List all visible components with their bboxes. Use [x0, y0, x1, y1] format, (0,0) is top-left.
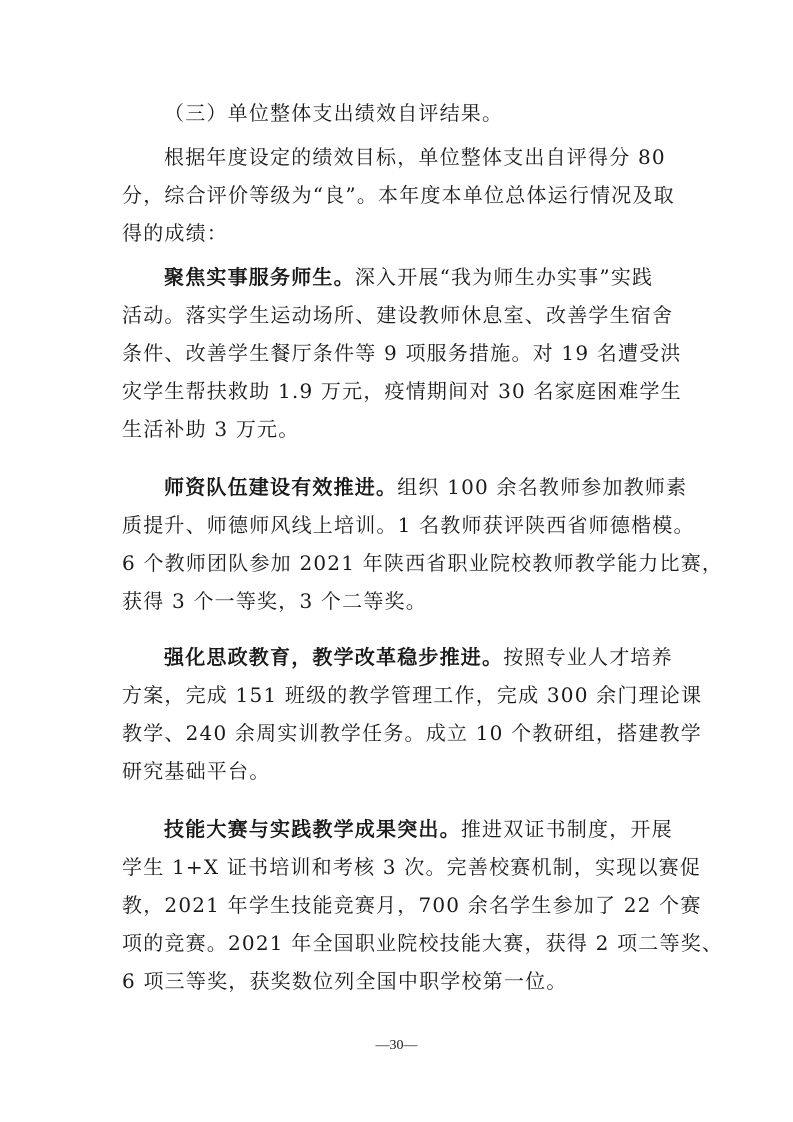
intro-line: 根据年度设定的绩效目标，单位整体支出自评得分 80 — [164, 138, 666, 176]
paragraph-first-line: 强化思政教育，教学改革稳步推进。按照专业人才培养 — [164, 638, 673, 676]
paragraph-line: 教，2021 年学生技能竞赛月，700 余名学生参加了 22 个赛 — [122, 886, 702, 924]
paragraph-line: 6 项三等奖，获奖数位列全国中职学校第一位。 — [122, 962, 567, 1000]
section-heading: （三）单位整体支出绩效自评结果。 — [164, 94, 503, 132]
intro-line: 分，综合评价等级为“良”。本年度本单位总体运行情况及取 — [122, 176, 675, 214]
paragraph-first-line: 技能大赛与实践教学成果突出。推进双证书制度，开展 — [164, 810, 673, 848]
intro-line: 得的成绩： — [122, 214, 228, 252]
paragraph-text: 推进双证书制度，开展 — [461, 817, 673, 841]
paragraph-lead: 师资队伍建设有效推进。 — [164, 475, 397, 499]
paragraph-line: 6 个教师团队参加 2021 年陕西省职业院校教师教学能力比赛， — [122, 544, 723, 582]
paragraph-line: 学生 1+X 证书培训和考核 3 次。完善校赛机制，实现以赛促 — [122, 848, 701, 886]
paragraph-line: 质提升、师德师风线上培训。1 名教师获评陕西省师德楷模。 — [122, 506, 695, 544]
page-number: —30— — [0, 1038, 793, 1054]
paragraph-line: 项的竞赛。2021 年全国职业院校技能大赛，获得 2 项二等奖、 — [122, 924, 723, 962]
paragraph-line: 方案，完成 151 班级的教学管理工作，完成 300 余门理论课 — [122, 676, 702, 714]
paragraph-line: 获得 3 个一等奖，3 个二等奖。 — [122, 582, 427, 620]
paragraph-line: 活动。落实学生运动场所、建设教师休息室、改善学生宿舍 — [122, 296, 673, 334]
paragraph-line: 研究基础平台。 — [122, 752, 270, 790]
paragraph-line: 灾学生帮扶救助 1.9 万元，疫情期间对 30 名家庭困难学生 — [122, 372, 682, 410]
paragraph-lead: 强化思政教育，教学改革稳步推进。 — [164, 645, 503, 669]
paragraph-first-line: 师资队伍建设有效推进。组织 100 余名教师参加教师素 — [164, 468, 687, 506]
paragraph-line: 生活补助 3 万元。 — [122, 410, 299, 448]
paragraph-lead: 聚焦实事服务师生。 — [164, 265, 355, 289]
paragraph-line: 教学、240 余周实训教学任务。成立 10 个教研组，搭建教学 — [122, 714, 702, 752]
paragraph-text: 组织 100 余名教师参加教师素 — [397, 475, 687, 499]
paragraph-text: 深入开展“我为师生办实事”实践 — [355, 265, 653, 289]
paragraph-text: 按照专业人才培养 — [503, 645, 673, 669]
paragraph-first-line: 聚焦实事服务师生。深入开展“我为师生办实事”实践 — [164, 258, 653, 296]
paragraph-line: 条件、改善学生餐厅条件等 9 项服务措施。对 19 名遭受洪 — [122, 334, 682, 372]
paragraph-lead: 技能大赛与实践教学成果突出。 — [164, 817, 461, 841]
